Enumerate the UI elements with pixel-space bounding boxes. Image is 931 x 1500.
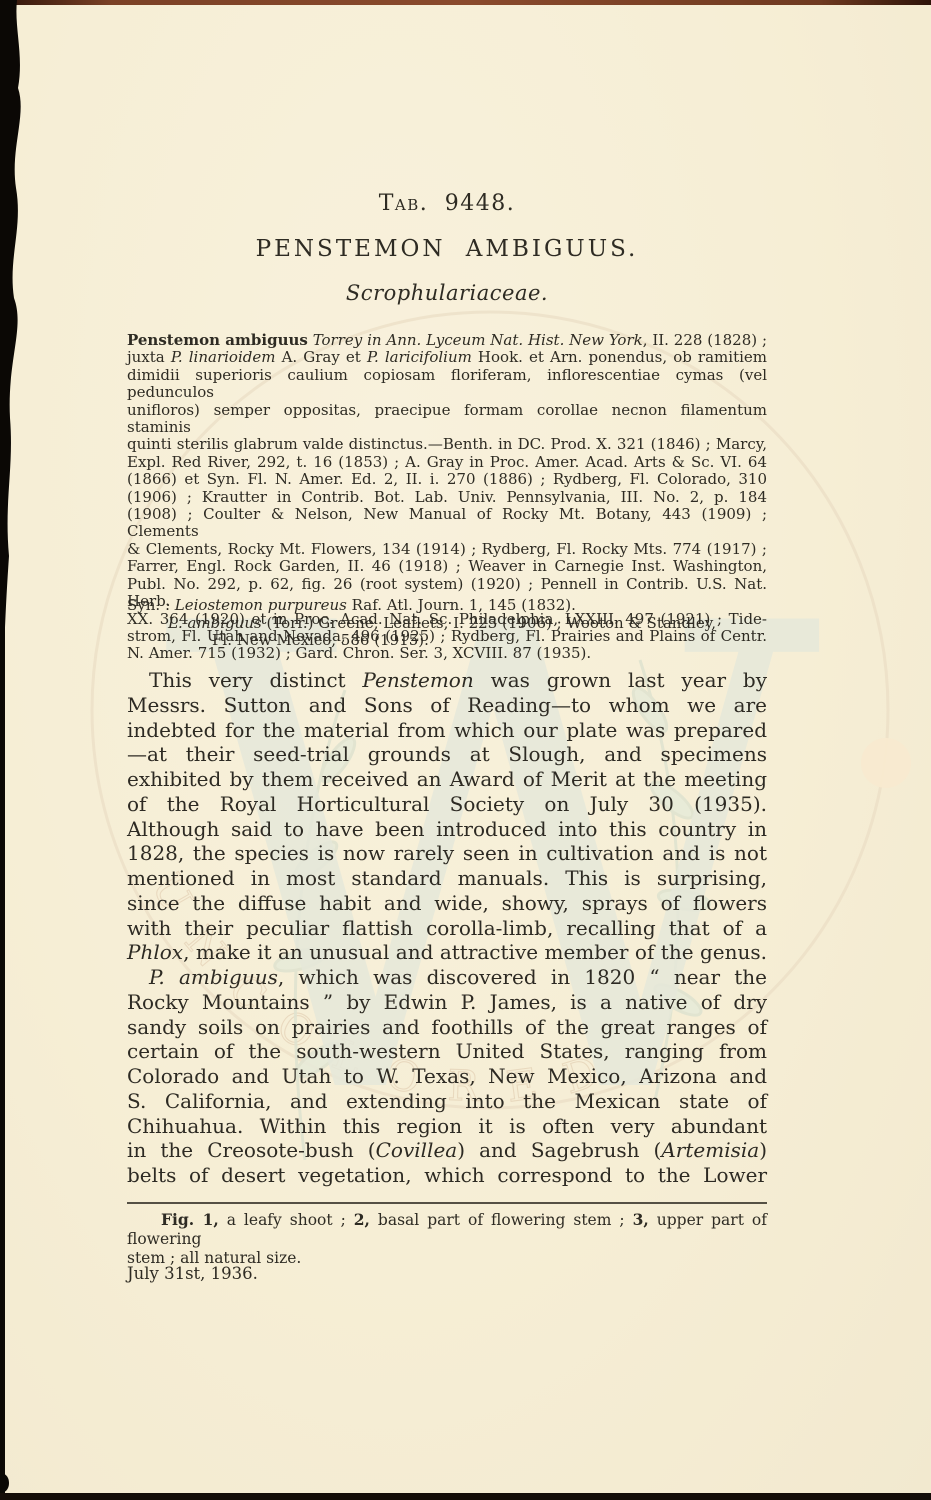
plate-number: Tab. 9448. [127, 191, 767, 216]
text-line: Phlox, make it an unusual and attractive… [127, 940, 767, 965]
text-line: (1866) et Syn. Fl. N. Amer. Ed. 2, II. i… [127, 471, 767, 488]
text-line: This very distinct Penstemon was grown l… [127, 668, 767, 693]
text-line: dimidii superioris caulium copiosam flor… [127, 367, 767, 402]
footnote-rule [127, 1202, 767, 1204]
text-line: (1906) ; Krautter in Contrib. Bot. Lab. … [127, 489, 767, 506]
text-line: with their peculiar flattish corolla-lim… [127, 916, 767, 941]
figure-caption: Fig. 1, a leafy shoot ; 2, basal part of… [127, 1210, 767, 1268]
text-line: juxta P. linarioidem A. Gray et P. laric… [127, 349, 767, 366]
text-line: Chihuahua. Within this region it is ofte… [127, 1114, 767, 1139]
text-line: Messrs. Sutton and Sons of Reading—to wh… [127, 693, 767, 718]
text-line: quinti sterilis glabrum valde distinctus… [127, 436, 767, 453]
text-line: 1828, the species is now rarely seen in … [127, 841, 767, 866]
text-line: Although said to have been introduced in… [127, 817, 767, 842]
text-line: & Clements, Rocky Mt. Flowers, 134 (1914… [127, 541, 767, 558]
text-line: Rocky Mountains ” by Edwin P. James, is … [127, 990, 767, 1015]
paragraph-1: This very distinct Penstemon was grown l… [127, 668, 767, 965]
text-line: S. California, and extending into the Me… [127, 1089, 767, 1114]
text-line: Expl. Red River, 292, t. 16 (1853) ; A. … [127, 454, 767, 471]
text-line: in the Creosote-bush (Covillea) and Sage… [127, 1138, 767, 1163]
text-line: mentioned in most standard manuals. This… [127, 866, 767, 891]
text-line: belts of desert vegetation, which corres… [127, 1163, 767, 1188]
scanned-page: UNCOLORED W Tab. 9448. PENSTEMON AMBIGUU… [0, 0, 931, 1500]
text-line: of the Royal Horticultural Society on Ju… [127, 792, 767, 817]
paragraph-2: P. ambiguus, which was discovered in 182… [127, 965, 767, 1188]
text-line: Penstemon ambiguus Torrey in Ann. Lyceum… [127, 332, 767, 349]
text-line: since the diffuse habit and wide, showy,… [127, 891, 767, 916]
publication-date: July 31st, 1936. [127, 1264, 767, 1283]
text-line: L. ambiguus (Torr.) Greene, Leaflets, I.… [168, 615, 767, 633]
text-line: unifloros) semper oppositas, praecipue f… [127, 402, 767, 437]
scan-bottom-edge [0, 1493, 931, 1500]
text-line: —at their seed-trial grounds at Slough, … [127, 742, 767, 767]
body-text: This very distinct Penstemon was grown l… [127, 668, 767, 1188]
family-name: Scrophulariaceae. [127, 281, 767, 305]
scan-top-strip [0, 0, 931, 5]
text-line: P. ambiguus, which was discovered in 182… [127, 965, 767, 990]
species-title: PENSTEMON AMBIGUUS. [127, 236, 767, 262]
text-line: Colorado and Utah to W. Texas, New Mexic… [127, 1064, 767, 1089]
text-line: Fig. 1, a leafy shoot ; 2, basal part of… [127, 1210, 767, 1249]
text-line: Syn. : Leiostemon purpureus Raf. Atl. Jo… [127, 597, 767, 615]
text-line: indebted for the material from which our… [127, 718, 767, 743]
text-line: certain of the south-western United Stat… [127, 1039, 767, 1064]
text-line: exhibited by them received an Award of M… [127, 767, 767, 792]
text-line: sandy soils on prairies and foothills of… [127, 1015, 767, 1040]
synonymy-block: Syn. : Leiostemon purpureus Raf. Atl. Jo… [127, 597, 767, 650]
text-line: (1908) ; Coulter & Nelson, New Manual of… [127, 506, 767, 541]
text-line: Farrer, Engl. Rock Garden, II. 46 (1918)… [127, 558, 767, 575]
text-line: Fl. New Mexico, 586 (1915). [212, 632, 767, 650]
